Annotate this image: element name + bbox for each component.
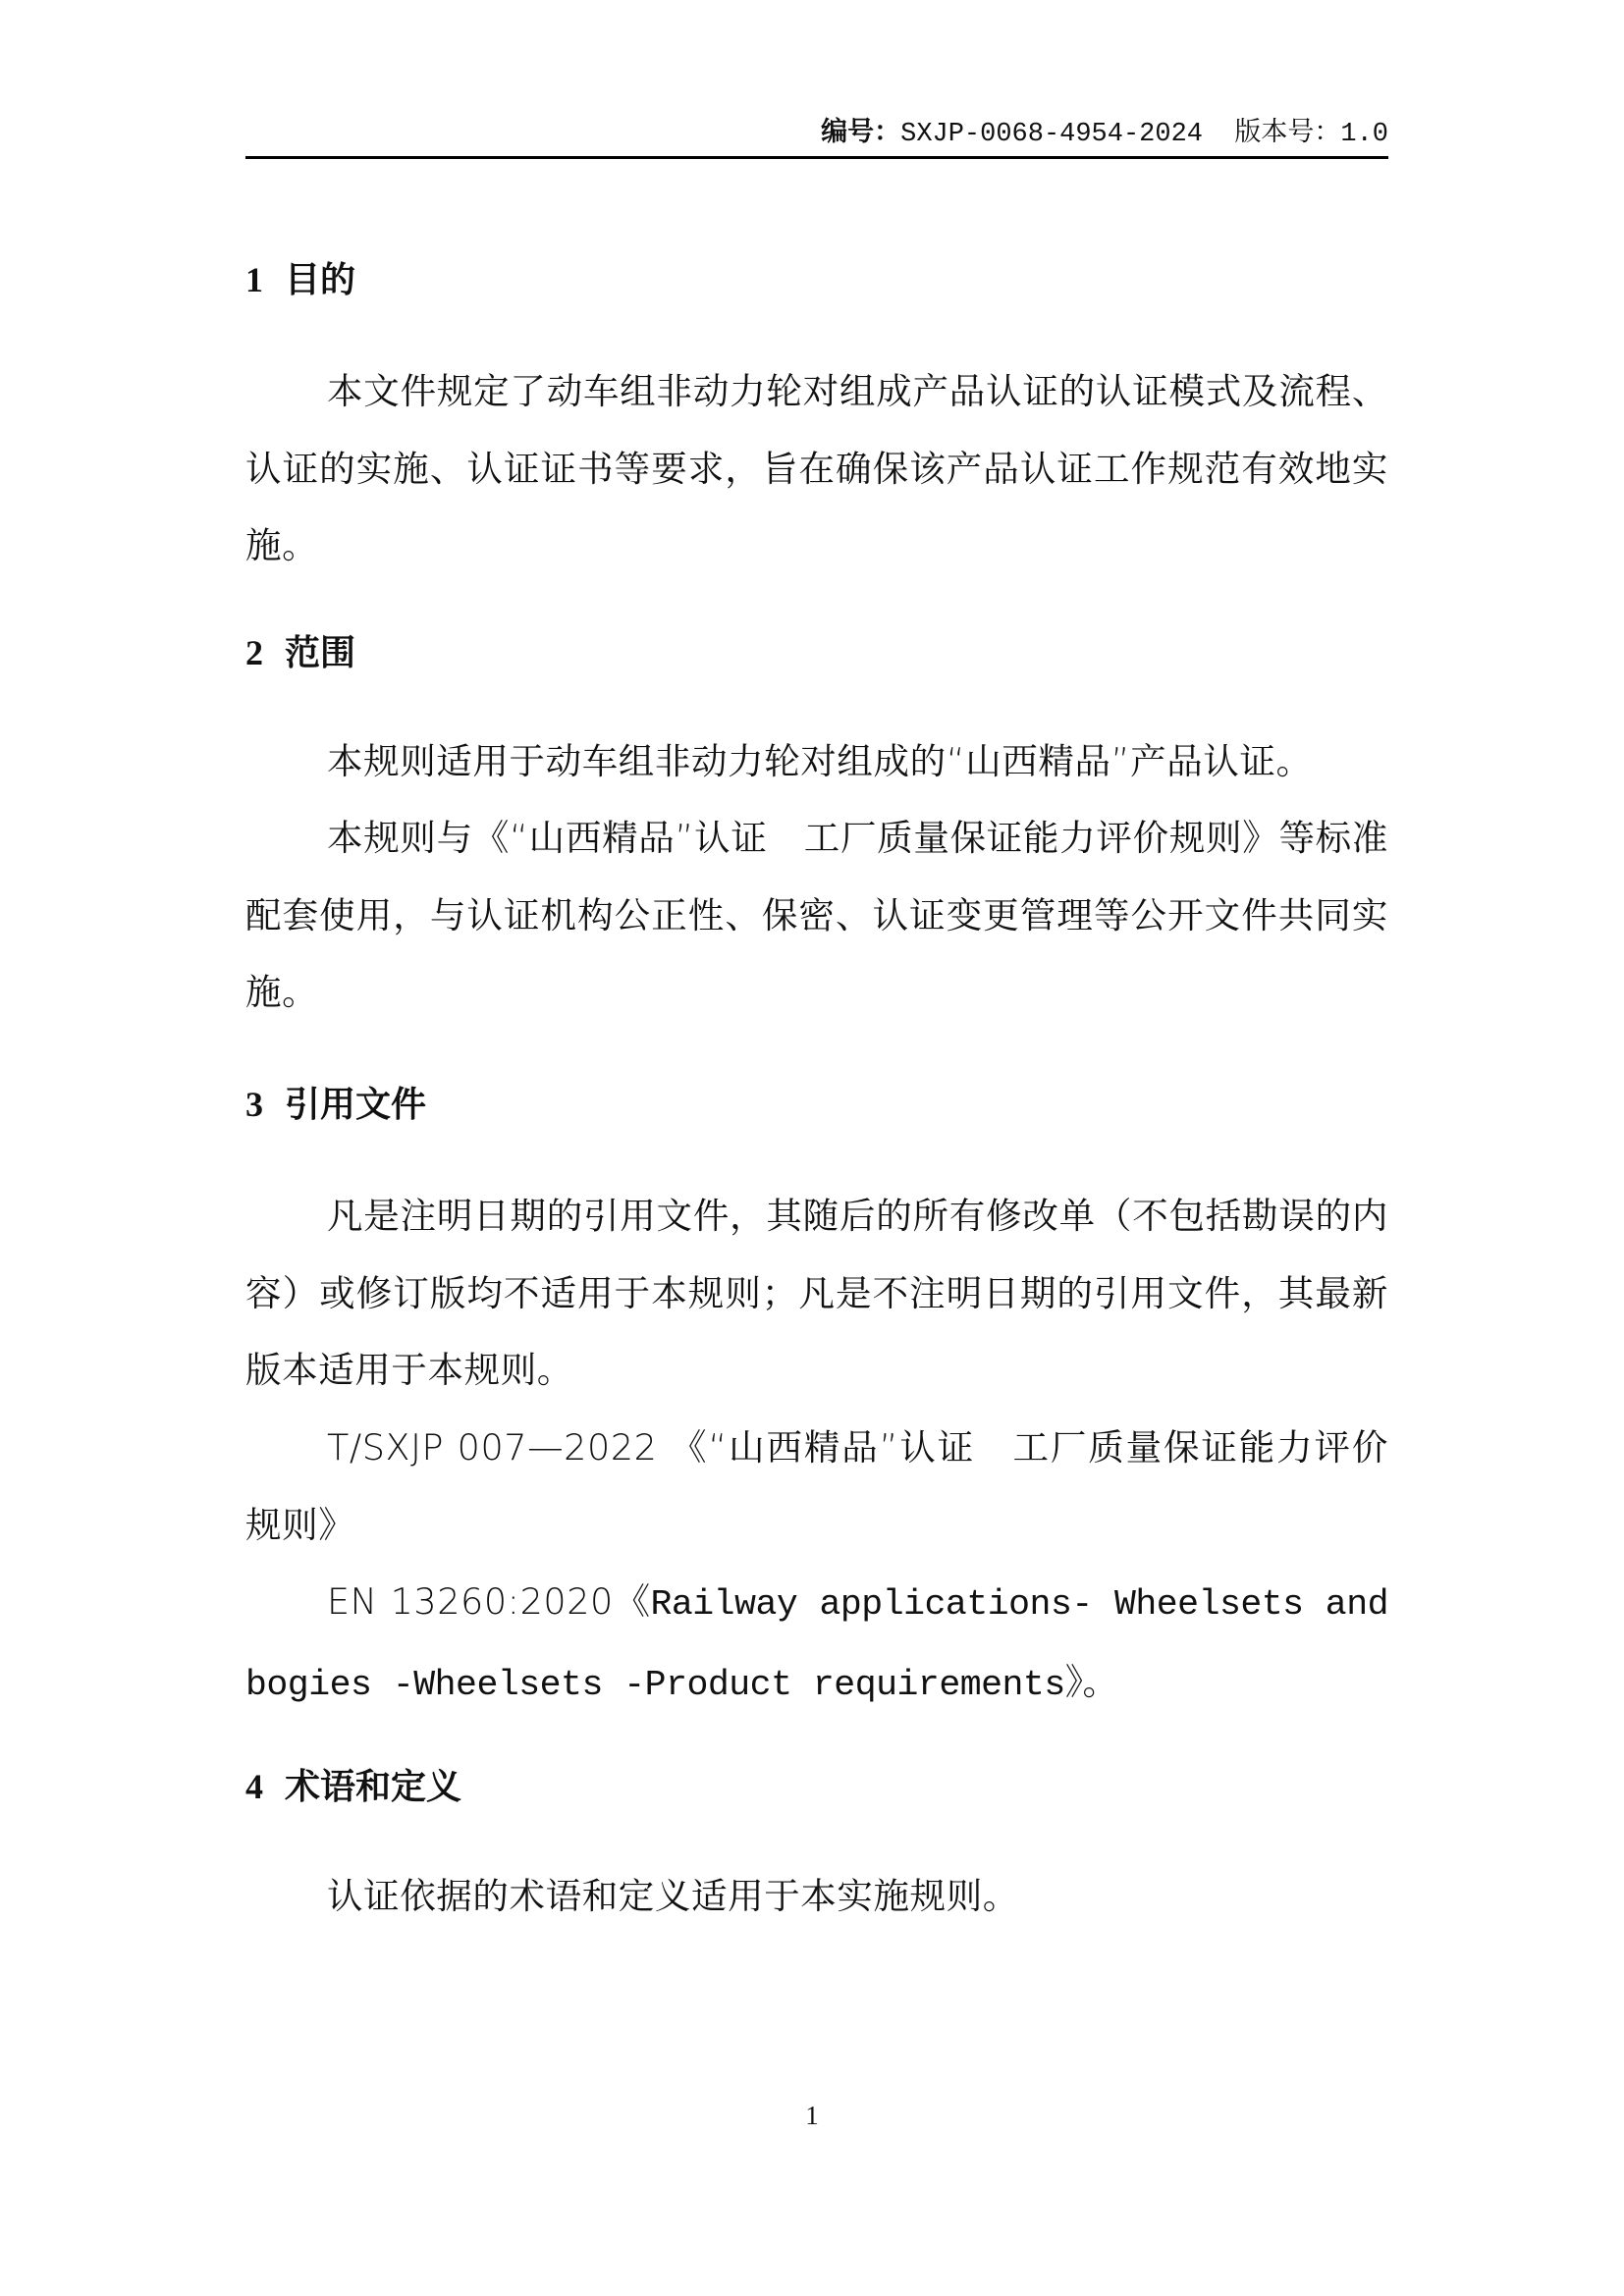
section-heading-scope: 2范围 [245,628,355,678]
section-number: 1 [245,260,263,299]
section-title: 术语和定义 [285,1767,461,1807]
section-number: 4 [245,1767,263,1806]
document-identifier: 编号：SXJP-0068-4954-2024 版本号：1.0 [821,116,1388,151]
section-title: 目的 [285,260,355,300]
page-header: 编号：SXJP-0068-4954-2024 版本号：1.0 [245,116,1388,159]
section-number: 2 [245,633,263,672]
page-number: 1 [0,2101,1624,2131]
section-heading-references: 3引用文件 [245,1080,426,1130]
section-title: 范围 [285,633,355,673]
doc-number: SXJP-0068-4954-2024 [900,120,1203,149]
version-label: 版本号： [1234,117,1340,147]
paragraph: 本文件规定了动车组非动力轮对组成产品认证的认证模式及流程、认证的实施、认证证书等… [245,353,1388,585]
paragraph: 本规则与《“山西精品”认证 工厂质量保证能力评价规则》等标准配套使用，与认证机构… [245,800,1388,1032]
reference-item: EN 13260:2020《Railway applications- Whee… [245,1564,1388,1724]
section-heading-terms: 4术语和定义 [245,1762,461,1812]
section-number: 3 [245,1085,263,1124]
reference-code: EN 13260:2020 [327,1580,614,1623]
section-title: 引用文件 [285,1085,426,1125]
header-divider [245,156,1388,159]
paragraph: 凡是注明日期的引用文件，其随后的所有修改单（不包括勘误的内容）或修订版均不适用于… [245,1178,1388,1410]
reference-item: T/SXJP 007—2022 《“山西精品”认证 工厂质量保证能力评价规则》 [245,1410,1388,1564]
version-number: 1.0 [1340,120,1388,149]
paragraph: 本规则适用于动车组非动力轮对组成的“山西精品”产品认证。 [245,723,1388,801]
reference-code: T/SXJP 007—2022 [327,1426,657,1468]
section-heading-purpose: 1目的 [245,255,355,305]
doc-number-label: 编号： [821,117,900,147]
paragraph: 认证依据的术语和定义适用于本实施规则。 [245,1858,1388,1936]
